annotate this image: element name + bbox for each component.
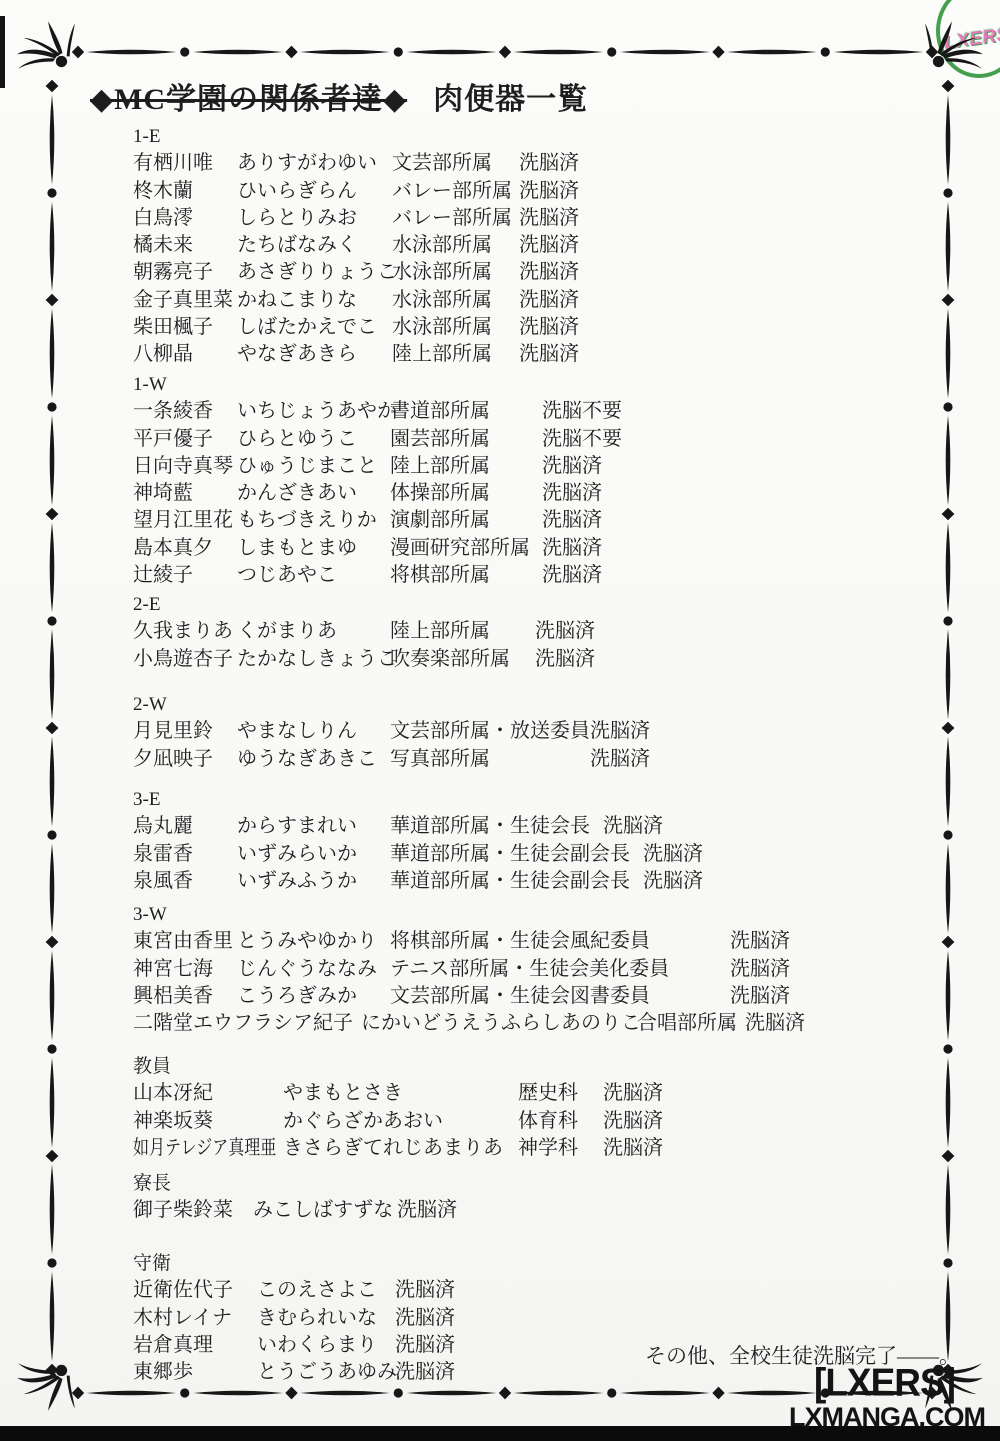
person-kana: たちばなみく — [237, 232, 392, 259]
person-affiliation: 陸上部所属 — [392, 341, 519, 368]
person-status: 洗脳済 — [643, 868, 964, 895]
person-kana: ひらとゆうこ — [237, 426, 390, 453]
section-寮長: 寮長御子柴鈴菜みこしばすずな洗脳済 — [133, 1170, 964, 1225]
person-name: 金子真里菜 — [133, 287, 237, 314]
person-kana: かぐらざかあおい — [283, 1108, 518, 1135]
person-name: 八柳晶 — [133, 341, 237, 368]
person-affiliation: 合唱部所属 — [637, 1010, 745, 1037]
roster-row: 久我まりあくがまりあ陸上部所属洗脳済 — [133, 618, 964, 645]
person-status: 洗脳済 — [519, 205, 964, 232]
person-affiliation: 水泳部所属 — [392, 232, 519, 259]
person-name: 月見里鈴 — [133, 718, 237, 745]
person-name: 東郷歩 — [133, 1359, 257, 1386]
corner-leaf-ornament-top-left — [16, 14, 78, 76]
person-affiliation: 演劇部所属 — [390, 507, 542, 534]
roster-row: 東宮由香里とうみやゆかり将棋部所属・生徒会風紀委員洗脳済 — [133, 928, 964, 955]
section-教員: 教員山本冴紀やまもとさき歴史科洗脳済神楽坂葵かぐらざかあおい体育科洗脳済如月テレ… — [133, 1053, 964, 1162]
person-kana: ゆうなぎあきこ — [237, 746, 390, 773]
section-1-E: 1-E有栖川唯ありすがわゆい文芸部所属洗脳済柊木蘭ひいらぎらんバレー部所属洗脳済… — [133, 123, 964, 369]
person-kana: にかいどうえうふらしあのりこ — [361, 1010, 637, 1037]
person-kana: かんざきあい — [237, 480, 390, 507]
left-border-ornament — [43, 78, 61, 1378]
person-affiliation: 吹奏楽部所属 — [390, 646, 535, 673]
person-status: 洗脳済 — [519, 287, 964, 314]
person-name: 朝霧亮子 — [133, 259, 237, 286]
roster-row: 有栖川唯ありすがわゆい文芸部所属洗脳済 — [133, 150, 964, 177]
person-affiliation: 陸上部所属 — [390, 618, 535, 645]
section-3-W: 3-W東宮由香里とうみやゆかり将棋部所属・生徒会風紀委員洗脳済神宮七海じんぐうな… — [133, 901, 964, 1010]
section-label: 3-W — [133, 901, 964, 928]
person-kana: こうろぎみか — [237, 983, 390, 1010]
roster-row: 御子柴鈴菜みこしばすずな洗脳済 — [133, 1197, 964, 1224]
person-name: 辻綾子 — [133, 562, 237, 589]
person-status: 洗脳済 — [745, 1010, 964, 1037]
person-name: 東宮由香里 — [133, 928, 237, 955]
person-name: 二階堂エウフラシア紀子 — [133, 1010, 361, 1037]
person-kana: いずみふうか — [237, 868, 390, 895]
roster-row: 柴田楓子しばたかえでこ水泳部所属洗脳済 — [133, 314, 964, 341]
person-name: 夕凪映子 — [133, 746, 237, 773]
person-kana: いずみらいか — [237, 841, 390, 868]
person-status: 洗脳済 — [519, 314, 964, 341]
roster-row: 泉雷香いずみらいか華道部所属・生徒会副会長洗脳済 — [133, 841, 964, 868]
person-affiliation: テニス部所属・生徒会美化委員 — [390, 956, 730, 983]
person-kana: しらとりみお — [237, 205, 392, 232]
person-status: 洗脳済 — [395, 1277, 964, 1304]
roster-row: 近衛佐代子このえさよこ洗脳済 — [133, 1277, 964, 1304]
person-status: 洗脳済 — [535, 646, 964, 673]
person-name: 白鳥澪 — [133, 205, 237, 232]
section-2-W: 2-W月見里鈴やまなしりん文芸部所属・放送委員洗脳済夕凪映子ゆうなぎあきこ写真部… — [133, 691, 964, 773]
person-kana: ひいらぎらん — [237, 178, 392, 205]
person-kana: つじあやこ — [237, 562, 390, 589]
person-name: 柴田楓子 — [133, 314, 237, 341]
person-status: 洗脳済 — [590, 746, 964, 773]
roster-row: 辻綾子つじあやこ将棋部所属洗脳済 — [133, 562, 964, 589]
person-name: 泉風香 — [133, 868, 237, 895]
person-status: 洗脳済 — [603, 1080, 964, 1107]
person-kana: もちづきえりか — [237, 507, 390, 534]
person-status: 洗脳済 — [603, 813, 964, 840]
person-name: 木村レイナ — [133, 1305, 257, 1332]
person-name: 有栖川唯 — [133, 150, 237, 177]
roster-row: 夕凪映子ゆうなぎあきこ写真部所属洗脳済 — [133, 746, 964, 773]
person-name: 柊木蘭 — [133, 178, 237, 205]
roster-row: 白鳥澪しらとりみおバレー部所属洗脳済 — [133, 205, 964, 232]
person-status: 洗脳済 — [590, 718, 964, 745]
roster-row: 泉風香いずみふうか華道部所属・生徒会副会長洗脳済 — [133, 868, 964, 895]
person-kana: きさらぎてれじあまりあ — [283, 1135, 518, 1162]
brand-name: [LXERS] — [760, 1363, 985, 1402]
person-name: 一条綾香 — [133, 398, 237, 425]
page-title-main: 肉便器一覧 — [433, 83, 588, 116]
person-kana: いわくらまり — [257, 1332, 395, 1359]
person-affiliation: 園芸部所属 — [390, 426, 542, 453]
person-kana: とうごうあゆみ — [257, 1359, 395, 1386]
section-label: 教員 — [133, 1053, 964, 1080]
person-kana: このえさよこ — [257, 1277, 395, 1304]
person-status: 洗脳済 — [395, 1305, 964, 1332]
section-label: 守衛 — [133, 1250, 964, 1277]
page-title: ◆MC学園の関係者達◆肉便器一覧 — [90, 74, 588, 118]
roster-row: 如月テレジア真理亜きさらぎてれじあまりあ神学科洗脳済 — [133, 1135, 964, 1162]
person-name: 御子柴鈴菜 — [133, 1197, 253, 1224]
roster-row: 朝霧亮子あさぎりりょうこ水泳部所属洗脳済 — [133, 259, 964, 286]
page-title-struck: ◆MC学園の関係者達◆ — [90, 83, 407, 116]
person-name: 岩倉真理 — [133, 1332, 257, 1359]
roster-row: 興梠美香こうろぎみか文芸部所属・生徒会図書委員洗脳済 — [133, 983, 964, 1010]
person-affiliation: バレー部所属 — [392, 178, 519, 205]
person-kana: しばたかえでこ — [237, 314, 392, 341]
person-status: 洗脳済 — [542, 507, 964, 534]
person-kana: とうみやゆかり — [237, 928, 390, 955]
person-kana: いちじょうあやか — [237, 398, 390, 425]
person-affiliation: 体育科 — [518, 1108, 603, 1135]
person-name: 神宮七海 — [133, 956, 237, 983]
section-label: 1-W — [133, 371, 964, 398]
corner-leaf-ornament-top-right — [922, 14, 984, 76]
roster-row: 神楽坂葵かぐらざかあおい体育科洗脳済 — [133, 1108, 964, 1135]
person-name: 神楽坂葵 — [133, 1108, 283, 1135]
person-status: 洗脳済 — [519, 259, 964, 286]
person-affiliation: 水泳部所属 — [392, 259, 519, 286]
section-label: 2-E — [133, 591, 964, 618]
roster-row: 木村レイナきむられいな洗脳済 — [133, 1305, 964, 1332]
person-kana: ありすがわゆい — [237, 150, 392, 177]
roster-row: 平戸優子ひらとゆうこ園芸部所属洗脳不要 — [133, 426, 964, 453]
person-affiliation: 水泳部所属 — [392, 314, 519, 341]
person-affiliation: 書道部所属 — [390, 398, 542, 425]
person-status: 洗脳済 — [603, 1135, 964, 1162]
person-name: 神埼藍 — [133, 480, 237, 507]
person-affiliation: 将棋部所属・生徒会風紀委員 — [390, 928, 730, 955]
person-affiliation: 神学科 — [518, 1135, 603, 1162]
person-kana: ひゅうじまこと — [237, 453, 390, 480]
roster-row: 神宮七海じんぐうななみテニス部所属・生徒会美化委員洗脳済 — [133, 956, 964, 983]
roster-row: 橘未来たちばなみく水泳部所属洗脳済 — [133, 232, 964, 259]
person-kana: たかなしきょうこ — [237, 646, 390, 673]
section-label: 3-E — [133, 786, 964, 813]
person-name: 近衛佐代子 — [133, 1277, 257, 1304]
person-name: 山本冴紀 — [133, 1080, 283, 1107]
person-kana: あさぎりりょうこ — [237, 259, 392, 286]
roster-row: 二階堂エウフラシア紀子にかいどうえうふらしあのりこ合唱部所属洗脳済 — [133, 1010, 964, 1037]
roster-row: 柊木蘭ひいらぎらんバレー部所属洗脳済 — [133, 178, 964, 205]
person-kana: みこしばすずな — [253, 1197, 397, 1224]
person-affiliation: 将棋部所属 — [390, 562, 542, 589]
person-affiliation: 華道部所属・生徒会副会長 — [390, 868, 630, 895]
person-kana: やまなしりん — [237, 718, 390, 745]
roster-row: 八柳晶やなぎあきら陸上部所属洗脳済 — [133, 341, 964, 368]
person-affiliation: 文芸部所属 — [392, 150, 519, 177]
person-name: 橘未来 — [133, 232, 237, 259]
person-status: 洗脳済 — [519, 341, 964, 368]
person-affiliation: 体操部所属 — [390, 480, 542, 507]
person-affiliation: 華道部所属・生徒会長 — [390, 813, 590, 840]
roster-row: 神埼藍かんざきあい体操部所属洗脳済 — [133, 480, 964, 507]
person-name: 久我まりあ — [133, 618, 237, 645]
person-kana: しまもとまゆ — [237, 535, 390, 562]
section-1-W: 1-W一条綾香いちじょうあやか書道部所属洗脳不要平戸優子ひらとゆうこ園芸部所属洗… — [133, 371, 964, 589]
person-status: 洗脳済 — [397, 1197, 964, 1224]
person-status: 洗脳済 — [542, 535, 964, 562]
roster-row: 望月江里花もちづきえりか演劇部所属洗脳済 — [133, 507, 964, 534]
person-kana: やなぎあきら — [237, 341, 392, 368]
person-kana: くがまりあ — [237, 618, 390, 645]
person-affiliation: 写真部所属 — [390, 746, 590, 773]
person-affiliation: 水泳部所属 — [392, 287, 519, 314]
person-status: 洗脳済 — [542, 562, 964, 589]
person-status: 洗脳済 — [603, 1108, 964, 1135]
person-name: 平戸優子 — [133, 426, 237, 453]
person-affiliation: 華道部所属・生徒会副会長 — [390, 841, 630, 868]
person-status: 洗脳済 — [730, 956, 964, 983]
scanned-page: ◆MC学園の関係者達◆肉便器一覧 1-E有栖川唯ありすがわゆい文芸部所属洗脳済柊… — [0, 0, 1000, 1441]
person-name: 小鳥遊杏子 — [133, 646, 237, 673]
section-label: 2-W — [133, 691, 964, 718]
brand-watermark: [LXERS] LXMANGA.COM — [760, 1364, 985, 1431]
person-status: 洗脳済 — [519, 150, 964, 177]
section-label: 1-E — [133, 123, 964, 150]
scan-edge-mark — [0, 16, 5, 88]
person-status: 洗脳不要 — [542, 398, 964, 425]
person-status: 洗脳済 — [542, 453, 964, 480]
roster-row: 一条綾香いちじょうあやか書道部所属洗脳不要 — [133, 398, 964, 425]
section-3-E: 3-E烏丸麗からすまれい華道部所属・生徒会長洗脳済泉雷香いずみらいか華道部所属・… — [133, 786, 964, 895]
person-affiliation: 歴史科 — [518, 1080, 603, 1107]
roster-row: 烏丸麗からすまれい華道部所属・生徒会長洗脳済 — [133, 813, 964, 840]
person-status: 洗脳済 — [519, 178, 964, 205]
person-status: 洗脳済 — [542, 480, 964, 507]
person-name: 日向寺真琴 — [133, 453, 237, 480]
roster-row: 日向寺真琴ひゅうじまこと陸上部所属洗脳済 — [133, 453, 964, 480]
person-status: 洗脳不要 — [542, 426, 964, 453]
person-affiliation: 陸上部所属 — [390, 453, 542, 480]
person-name: 烏丸麗 — [133, 813, 237, 840]
person-affiliation: 文芸部所属・生徒会図書委員 — [390, 983, 730, 1010]
roster-row: 小鳥遊杏子たかなしきょうこ吹奏楽部所属洗脳済 — [133, 646, 964, 673]
person-affiliation: 漫画研究部所属 — [390, 535, 542, 562]
person-status: 洗脳済 — [730, 928, 964, 955]
person-name: 島本真夕 — [133, 535, 237, 562]
person-status: 洗脳済 — [643, 841, 964, 868]
scan-edge-bar — [0, 1426, 1000, 1441]
person-kana: かねこまりな — [237, 287, 392, 314]
section-label: 寮長 — [133, 1170, 964, 1197]
person-kana: じんぐうななみ — [237, 956, 390, 983]
person-kana: からすまれい — [237, 813, 390, 840]
roster-row: 月見里鈴やまなしりん文芸部所属・放送委員洗脳済 — [133, 718, 964, 745]
section-c3wx: 二階堂エウフラシア紀子にかいどうえうふらしあのりこ合唱部所属洗脳済 — [133, 1010, 964, 1037]
person-kana: きむられいな — [257, 1305, 395, 1332]
top-border-ornament — [70, 43, 940, 61]
person-name: 興梠美香 — [133, 983, 237, 1010]
person-affiliation: バレー部所属 — [392, 205, 519, 232]
person-affiliation: 文芸部所属・放送委員 — [390, 718, 590, 745]
person-status: 洗脳済 — [730, 983, 964, 1010]
section-2-E: 2-E久我まりあくがまりあ陸上部所属洗脳済小鳥遊杏子たかなしきょうこ吹奏楽部所属… — [133, 591, 964, 673]
person-kana: やまもとさき — [283, 1080, 518, 1107]
roster-row: 金子真里菜かねこまりな水泳部所属洗脳済 — [133, 287, 964, 314]
corner-leaf-ornament-bottom-left — [16, 1356, 78, 1418]
person-status: 洗脳済 — [519, 232, 964, 259]
person-status: 洗脳済 — [535, 618, 964, 645]
person-name: 如月テレジア真理亜 — [133, 1135, 253, 1162]
roster-row: 島本真夕しまもとまゆ漫画研究部所属洗脳済 — [133, 535, 964, 562]
person-name: 泉雷香 — [133, 841, 237, 868]
person-name: 望月江里花 — [133, 507, 237, 534]
roster-row: 山本冴紀やまもとさき歴史科洗脳済 — [133, 1080, 964, 1107]
